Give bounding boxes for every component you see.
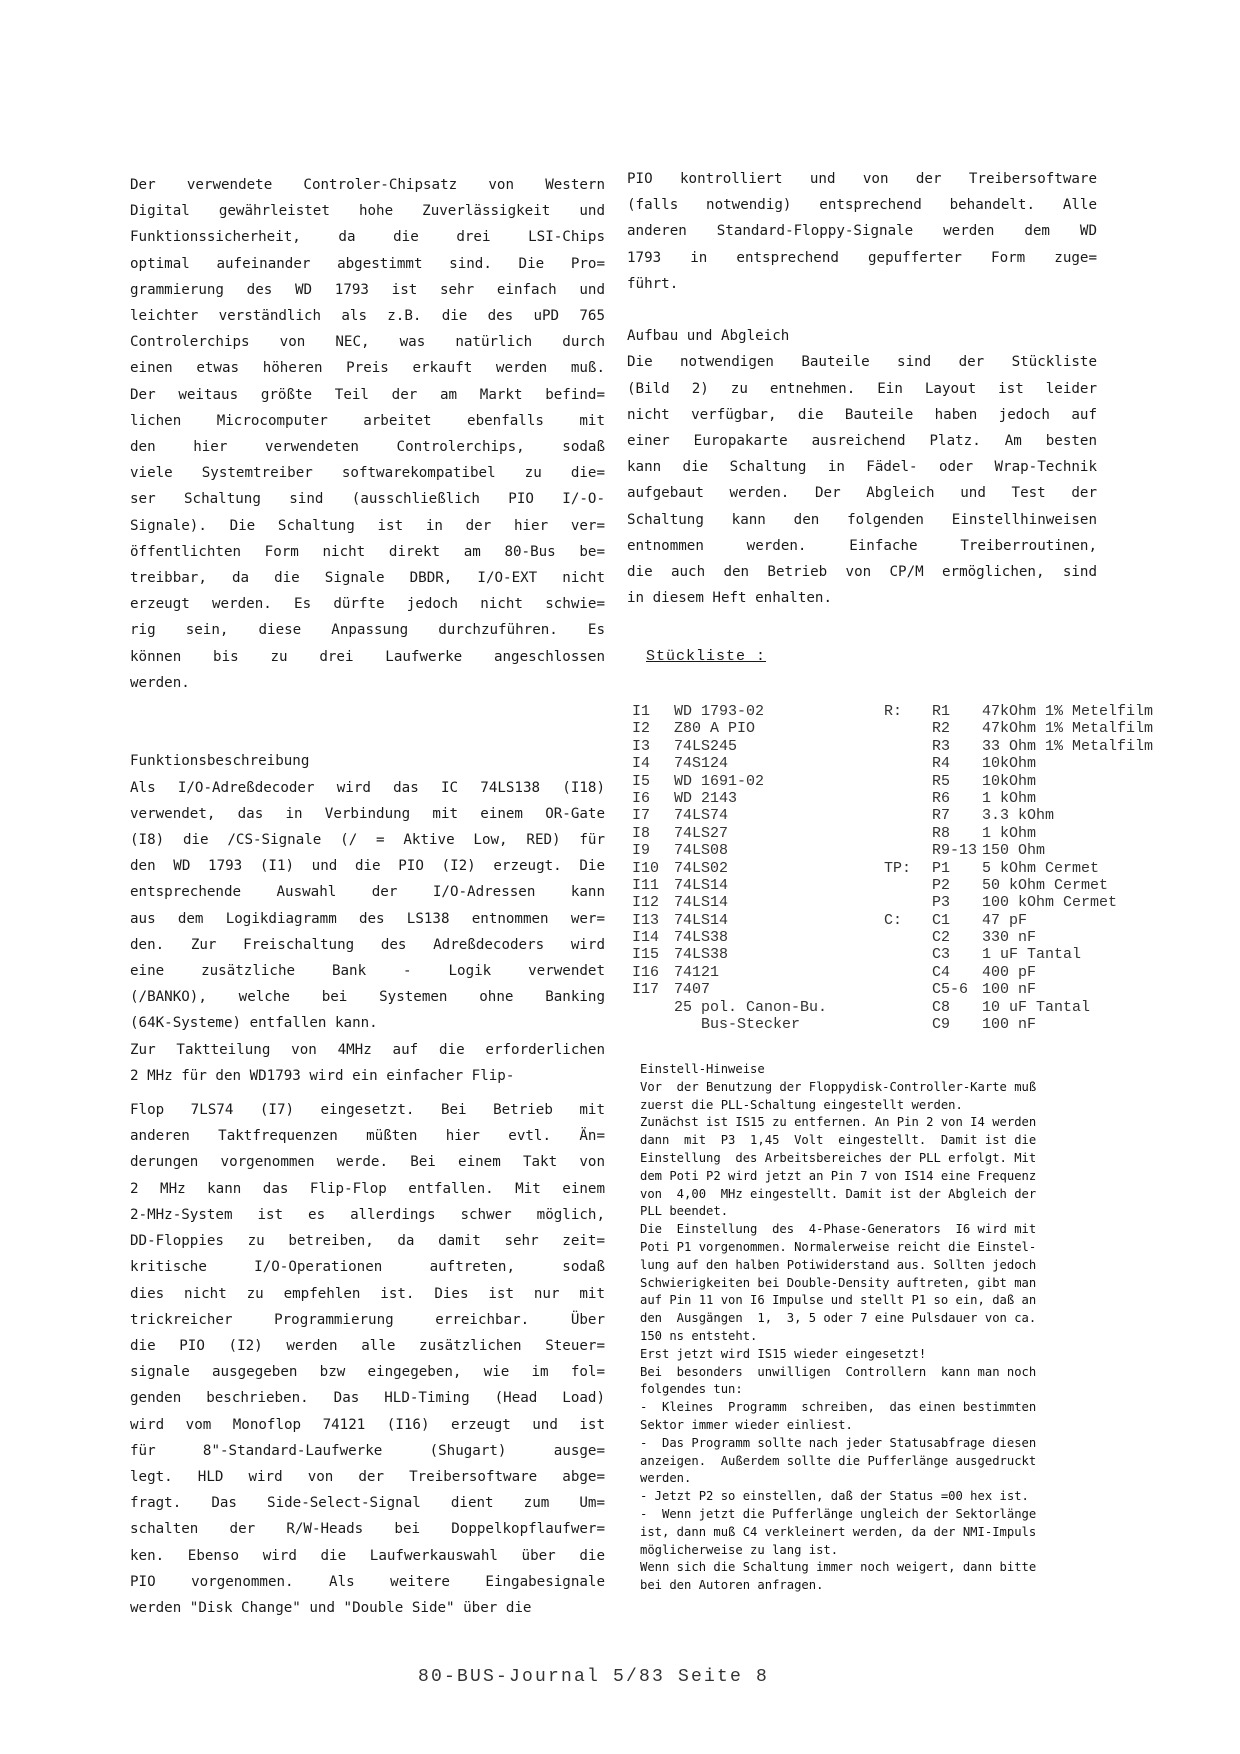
text-line: (64K-Systeme) entfallen kann. bbox=[130, 1010, 605, 1036]
parts-row: I1574LS38C31 uF Tantal bbox=[632, 946, 1240, 963]
spacer bbox=[627, 297, 1097, 323]
text-line: anzeigen. Außerdem sollte die Pufferläng… bbox=[640, 1453, 1120, 1471]
part-category bbox=[884, 964, 932, 981]
parts-row: I474S124R410kOhm bbox=[632, 755, 1240, 772]
part-id: I10 bbox=[632, 860, 674, 877]
component-id: P2 bbox=[932, 877, 982, 894]
part-value: 74LS02 bbox=[674, 860, 884, 877]
component-value: 47kOhm 1% Metalfilm bbox=[982, 720, 1240, 737]
component-value: 10kOhm bbox=[982, 755, 1240, 772]
component-value: 330 nF bbox=[982, 929, 1240, 946]
section-heading-build: Aufbau und Abgleich bbox=[627, 323, 1097, 349]
text-line: legt. HLD wird von der Treibersoftware a… bbox=[130, 1464, 605, 1490]
parts-row: I1174LS14P250 kOhm Cermet bbox=[632, 877, 1240, 894]
part-value: Bus-Stecker bbox=[674, 1016, 884, 1033]
text-line: Erst jetzt wird IS15 wieder eingesetzt! bbox=[640, 1346, 1120, 1364]
text-line: den Ausgängen 1, 3, 5 oder 7 eine Pulsda… bbox=[640, 1310, 1120, 1328]
part-id: I5 bbox=[632, 773, 674, 790]
text-line: 1793 in entsprechend gepufferter Form zu… bbox=[627, 245, 1097, 271]
text-line: signale ausgegeben bzw eingegeben, wie i… bbox=[130, 1359, 605, 1385]
text-line: dies nicht zu empfehlen ist. Dies ist nu… bbox=[130, 1281, 605, 1307]
parts-row: I374LS245R333 Ohm 1% Metalfilm bbox=[632, 738, 1240, 755]
text-line: für 8"-Standard-Laufwerke (Shugart) ausg… bbox=[130, 1438, 605, 1464]
text-line: anderen Taktfrequenzen müßten hier evtl.… bbox=[130, 1123, 605, 1149]
part-category: TP: bbox=[884, 860, 932, 877]
text-line: den hier verwendeten Controlerchips, sod… bbox=[130, 434, 605, 460]
intro-paragraph: Der verwendete Controler-Chipsatz von We… bbox=[130, 172, 605, 696]
text-line: grammierung des WD 1793 ist sehr einfach… bbox=[130, 277, 605, 303]
text-line: optimal aufeinander abgestimmt sind. Die… bbox=[130, 251, 605, 277]
part-value: 74LS08 bbox=[674, 842, 884, 859]
text-line: ken. Ebenso wird die Laufwerkauswahl übe… bbox=[130, 1543, 605, 1569]
part-category bbox=[884, 946, 932, 963]
component-value: 100 kOhm Cermet bbox=[982, 894, 1240, 911]
adjustment-hints: Einstell-Hinweise Vor der Benutzung der … bbox=[640, 1061, 1120, 1595]
text-line: einer Europakarte ausreichend Platz. Am … bbox=[627, 428, 1097, 454]
part-category bbox=[884, 877, 932, 894]
part-value: 74S124 bbox=[674, 755, 884, 772]
hints-title: Einstell-Hinweise bbox=[640, 1061, 1120, 1079]
text-line: (/BANKO), welche bei Systemen ohne Banki… bbox=[130, 984, 605, 1010]
hints-body: Vor der Benutzung der Floppydisk-Control… bbox=[640, 1079, 1120, 1595]
component-id: R9-13 bbox=[932, 842, 982, 859]
text-line: werden. bbox=[640, 1470, 1120, 1488]
text-line: - Kleines Programm schreiben, das einen … bbox=[640, 1399, 1120, 1417]
part-id: I16 bbox=[632, 964, 674, 981]
part-category bbox=[884, 825, 932, 842]
build-paragraph: Die notwendigen Bauteile sind der Stückl… bbox=[627, 349, 1097, 611]
part-category bbox=[884, 773, 932, 790]
text-line: den WD 1793 (I1) und die PIO (I2) erzeug… bbox=[130, 853, 605, 879]
part-value: 74LS74 bbox=[674, 807, 884, 824]
text-line: Digital gewährleistet hohe Zuverlässigke… bbox=[130, 198, 605, 224]
text-line: entsprechende Auswahl der I/O-Adressen k… bbox=[130, 879, 605, 905]
text-line: ist, dann muß C4 verkleinert werden, da … bbox=[640, 1524, 1120, 1542]
component-value: 150 Ohm bbox=[982, 842, 1240, 859]
parts-row: 25 pol. Canon-Bu.C810 uF Tantal bbox=[632, 999, 1240, 1016]
text-line: führt. bbox=[627, 271, 1097, 297]
text-line: kritische I/O-Operationen auftreten, sod… bbox=[130, 1254, 605, 1280]
part-id: I3 bbox=[632, 738, 674, 755]
part-id bbox=[632, 1016, 674, 1033]
text-line: Der weitaus größte Teil der am Markt bef… bbox=[130, 382, 605, 408]
part-value: 74LS27 bbox=[674, 825, 884, 842]
parts-row: I1WD 1793-02R:R147kOhm 1% Metelfilm bbox=[632, 703, 1240, 720]
part-value: 74LS245 bbox=[674, 738, 884, 755]
part-id: I11 bbox=[632, 877, 674, 894]
text-line: derungen vorgenommen werde. Bei einem Ta… bbox=[130, 1149, 605, 1175]
component-value: 5 kOhm Cermet bbox=[982, 860, 1240, 877]
component-id: P1 bbox=[932, 860, 982, 877]
left-column: Der verwendete Controler-Chipsatz von We… bbox=[130, 172, 605, 1621]
text-line: Einstellung des Arbeitsbereiches der PLL… bbox=[640, 1150, 1120, 1168]
part-category bbox=[884, 755, 932, 772]
text-line: Zur Taktteilung von 4MHz auf die erforde… bbox=[130, 1037, 605, 1063]
text-line: aufgebaut werden. Der Abgleich und Test … bbox=[627, 480, 1097, 506]
part-id: I13 bbox=[632, 912, 674, 929]
text-line: schalten der R/W-Heads bei Doppelkopflau… bbox=[130, 1516, 605, 1542]
pio-paragraph: PIO kontrolliert und von der Treibersoft… bbox=[627, 166, 1097, 297]
text-line: PLL beendet. bbox=[640, 1203, 1120, 1221]
text-line: von 4,00 MHz eingestellt. Damit ist der … bbox=[640, 1186, 1120, 1204]
part-id: I15 bbox=[632, 946, 674, 963]
part-value: 25 pol. Canon-Bu. bbox=[674, 999, 884, 1016]
part-value: 74LS14 bbox=[674, 912, 884, 929]
part-value: 74LS14 bbox=[674, 894, 884, 911]
component-id: C3 bbox=[932, 946, 982, 963]
text-line: 2 MHz für den WD1793 wird ein einfacher … bbox=[130, 1063, 605, 1089]
text-line: 2-MHz-System ist es allerdings schwer mö… bbox=[130, 1202, 605, 1228]
text-line: auf Pin 11 von I6 Impulse und stellt P1 … bbox=[640, 1292, 1120, 1310]
component-id: R7 bbox=[932, 807, 982, 824]
part-value: WD 1691-02 bbox=[674, 773, 884, 790]
text-line: dann mit P3 1,45 Volt eingestellt. Damit… bbox=[640, 1132, 1120, 1150]
text-line: erzeugt werden. Es dürfte jedoch nicht s… bbox=[130, 591, 605, 617]
parts-row: I874LS27R81 kOhm bbox=[632, 825, 1240, 842]
parts-row: I1374LS14C:C147 pF bbox=[632, 912, 1240, 929]
part-id: I12 bbox=[632, 894, 674, 911]
text-line: können bis zu drei Laufwerke angeschloss… bbox=[130, 644, 605, 670]
component-id: C4 bbox=[932, 964, 982, 981]
component-id: R4 bbox=[932, 755, 982, 772]
text-line: - Wenn jetzt die Pufferlänge ungleich de… bbox=[640, 1506, 1120, 1524]
component-value: 100 nF bbox=[982, 1016, 1240, 1033]
component-id: R2 bbox=[932, 720, 982, 737]
text-line: Flop 7LS74 (I7) eingesetzt. Bei Betrieb … bbox=[130, 1097, 605, 1123]
part-category bbox=[884, 738, 932, 755]
part-value: WD 1793-02 bbox=[674, 703, 884, 720]
component-value: 1 kOhm bbox=[982, 825, 1240, 842]
part-value: 74LS14 bbox=[674, 877, 884, 894]
text-line: Signale). Die Schaltung ist in der hier … bbox=[130, 513, 605, 539]
parts-row: I1074LS02TP:P15 kOhm Cermet bbox=[632, 860, 1240, 877]
component-value: 50 kOhm Cermet bbox=[982, 877, 1240, 894]
text-line: Die notwendigen Bauteile sind der Stückl… bbox=[627, 349, 1097, 375]
text-line: genden beschrieben. Das HLD-Timing (Head… bbox=[130, 1385, 605, 1411]
parts-row: I2Z80 A PIOR247kOhm 1% Metalfilm bbox=[632, 720, 1240, 737]
text-line: fragt. Das Side-Select-Signal dient zum … bbox=[130, 1490, 605, 1516]
clock-paragraph-continued: Flop 7LS74 (I7) eingesetzt. Bei Betrieb … bbox=[130, 1097, 605, 1621]
text-line: - Jetzt P2 so einstellen, daß der Status… bbox=[640, 1488, 1120, 1506]
parts-list-table: I1WD 1793-02R:R147kOhm 1% MetelfilmI2Z80… bbox=[632, 703, 1240, 1033]
component-id: R3 bbox=[932, 738, 982, 755]
text-line: die auch den Betrieb von CP/M ermögliche… bbox=[627, 559, 1097, 585]
part-value: 74121 bbox=[674, 964, 884, 981]
part-id: I9 bbox=[632, 842, 674, 859]
text-line: Controlerchips von NEC, was natürlich du… bbox=[130, 329, 605, 355]
component-id: R6 bbox=[932, 790, 982, 807]
text-line: viele Systemtreiber softwarekompatibel z… bbox=[130, 460, 605, 486]
text-line: öffentlichten Form nicht direkt am 80-Bu… bbox=[130, 539, 605, 565]
part-category: R: bbox=[884, 703, 932, 720]
component-value: 10 uF Tantal bbox=[982, 999, 1240, 1016]
text-line: (I8) die /CS-Signale (/ = Aktive Low, RE… bbox=[130, 827, 605, 853]
text-line: PIO vorgenommen. Als weitere Eingabesign… bbox=[130, 1569, 605, 1595]
text-line: kann die Schaltung in Fädel- oder Wrap-T… bbox=[627, 454, 1097, 480]
text-line: Sektor immer wieder einliest. bbox=[640, 1417, 1120, 1435]
text-line: möglicherweise zu lang ist. bbox=[640, 1542, 1120, 1560]
parts-row: I974LS08R9-13150 Ohm bbox=[632, 842, 1240, 859]
text-line: entnommen werden. Einfache Treiberroutin… bbox=[627, 533, 1097, 559]
parts-row: I1474LS38C2330 nF bbox=[632, 929, 1240, 946]
component-value: 10kOhm bbox=[982, 773, 1240, 790]
part-category bbox=[884, 929, 932, 946]
part-category bbox=[884, 720, 932, 737]
text-line: nicht verfügbar, die Bauteile haben jedo… bbox=[627, 402, 1097, 428]
text-line: Als I/O-Adreßdecoder wird das IC 74LS138… bbox=[130, 775, 605, 801]
spacer bbox=[130, 696, 605, 722]
text-line: bei den Autoren anfragen. bbox=[640, 1577, 1120, 1595]
component-id: C8 bbox=[932, 999, 982, 1016]
parts-row: I774LS74R73.3 kOhm bbox=[632, 807, 1240, 824]
component-id: C9 bbox=[932, 1016, 982, 1033]
text-line: werden "Disk Change" und "Double Side" ü… bbox=[130, 1595, 605, 1621]
parts-row: Bus-SteckerC9100 nF bbox=[632, 1016, 1240, 1033]
component-value: 3.3 kOhm bbox=[982, 807, 1240, 824]
component-id: C5-6 bbox=[932, 981, 982, 998]
component-value: 47 pF bbox=[982, 912, 1240, 929]
parts-row: I1274LS14P3100 kOhm Cermet bbox=[632, 894, 1240, 911]
text-line: Funktionssicherheit, da die drei LSI-Chi… bbox=[130, 224, 605, 250]
component-id: P3 bbox=[932, 894, 982, 911]
text-line: werden. bbox=[130, 670, 605, 696]
text-line: die PIO (I2) werden alle zusätzlichen St… bbox=[130, 1333, 605, 1359]
text-line: Wenn sich die Schaltung immer noch weige… bbox=[640, 1559, 1120, 1577]
clock-paragraph: Zur Taktteilung von 4MHz auf die erforde… bbox=[130, 1037, 605, 1089]
text-line: aus dem Logikdiagramm des LS138 entnomme… bbox=[130, 906, 605, 932]
text-line: Schaltung kann den folgenden Einstellhin… bbox=[627, 507, 1097, 533]
part-id: I1 bbox=[632, 703, 674, 720]
part-value: 74LS38 bbox=[674, 946, 884, 963]
text-line: den. Zur Freischaltung des Adreßdecoders… bbox=[130, 932, 605, 958]
component-value: 100 nF bbox=[982, 981, 1240, 998]
text-line: einen etwas höheren Preis erkauft werden… bbox=[130, 355, 605, 381]
text-line: PIO kontrolliert und von der Treibersoft… bbox=[627, 166, 1097, 192]
part-id bbox=[632, 999, 674, 1016]
text-line: Schwierigkeiten bei Double-Density auftr… bbox=[640, 1275, 1120, 1293]
component-value: 47kOhm 1% Metelfilm bbox=[982, 703, 1240, 720]
text-line: ser Schaltung sind (ausschließlich PIO I… bbox=[130, 486, 605, 512]
part-id: I6 bbox=[632, 790, 674, 807]
text-line: 2 MHz kann das Flip-Flop entfallen. Mit … bbox=[130, 1176, 605, 1202]
component-id: R1 bbox=[932, 703, 982, 720]
component-id: C1 bbox=[932, 912, 982, 929]
text-line: DD-Floppies zu betreiben, da damit sehr … bbox=[130, 1228, 605, 1254]
page-footer: 80-BUS-Journal 5/83 Seite 8 bbox=[418, 1667, 769, 1687]
text-line: verwendet, das in Verbindung mit einem O… bbox=[130, 801, 605, 827]
text-line: eine zusätzliche Bank - Logik verwendet bbox=[130, 958, 605, 984]
parts-list-title: Stückliste : bbox=[646, 648, 766, 665]
text-line: wird vom Monoflop 74121 (I16) erzeugt un… bbox=[130, 1412, 605, 1438]
section-heading-function: Funktionsbeschreibung bbox=[130, 748, 605, 774]
text-line: Der verwendete Controler-Chipsatz von We… bbox=[130, 172, 605, 198]
part-value: Z80 A PIO bbox=[674, 720, 884, 737]
parts-row: I6WD 2143R61 kOhm bbox=[632, 790, 1240, 807]
part-id: I7 bbox=[632, 807, 674, 824]
part-value: 74LS38 bbox=[674, 929, 884, 946]
part-id: I2 bbox=[632, 720, 674, 737]
component-value: 1 uF Tantal bbox=[982, 946, 1240, 963]
text-line: leichter verständlich als z.B. die des u… bbox=[130, 303, 605, 329]
component-value: 400 pF bbox=[982, 964, 1240, 981]
text-line: dem Poti P2 wird jetzt an Pin 7 von IS14… bbox=[640, 1168, 1120, 1186]
text-line: folgendes tun: bbox=[640, 1381, 1120, 1399]
parts-row: I177407C5-6100 nF bbox=[632, 981, 1240, 998]
function-paragraph: Als I/O-Adreßdecoder wird das IC 74LS138… bbox=[130, 775, 605, 1037]
part-category: C: bbox=[884, 912, 932, 929]
text-line: anderen Standard-Floppy-Signale werden d… bbox=[627, 218, 1097, 244]
part-value: WD 2143 bbox=[674, 790, 884, 807]
component-value: 1 kOhm bbox=[982, 790, 1240, 807]
part-category bbox=[884, 790, 932, 807]
text-line: 150 ns entsteht. bbox=[640, 1328, 1120, 1346]
text-line: trickreicher Programmierung erreichbar. … bbox=[130, 1307, 605, 1333]
text-line: rig sein, diese Anpassung durchzuführen.… bbox=[130, 617, 605, 643]
text-line: Poti P1 vorgenommen. Normalerweise reich… bbox=[640, 1239, 1120, 1257]
component-id: C2 bbox=[932, 929, 982, 946]
part-category bbox=[884, 1016, 932, 1033]
spacer bbox=[130, 722, 605, 748]
text-line: lung auf den halben Potiwiderstand aus. … bbox=[640, 1257, 1120, 1275]
part-id: I17 bbox=[632, 981, 674, 998]
text-line: Bei besonders unwilligen Controllern kan… bbox=[640, 1364, 1120, 1382]
part-category bbox=[884, 894, 932, 911]
text-line: Zunächst ist IS15 zu entfernen. An Pin 2… bbox=[640, 1114, 1120, 1132]
text-line: Vor der Benutzung der Floppydisk-Control… bbox=[640, 1079, 1120, 1097]
part-category bbox=[884, 842, 932, 859]
text-line: (falls notwendig) entsprechend behandelt… bbox=[627, 192, 1097, 218]
part-value: 7407 bbox=[674, 981, 884, 998]
text-line: - Das Programm sollte nach jeder Statusa… bbox=[640, 1435, 1120, 1453]
text-line: treibbar, da die Signale DBDR, I/O-EXT n… bbox=[130, 565, 605, 591]
part-id: I4 bbox=[632, 755, 674, 772]
parts-row: I1674121C4400 pF bbox=[632, 964, 1240, 981]
text-line: Die Einstellung des 4-Phase-Generators I… bbox=[640, 1221, 1120, 1239]
right-column: PIO kontrolliert und von der Treibersoft… bbox=[627, 166, 1097, 611]
text-line: (Bild 2) zu entnehmen. Ein Layout ist le… bbox=[627, 376, 1097, 402]
part-category bbox=[884, 807, 932, 824]
text-line: in diesem Heft enhalten. bbox=[627, 585, 1097, 611]
text-line: zuerst die PLL-Schaltung eingestellt wer… bbox=[640, 1097, 1120, 1115]
component-id: R5 bbox=[932, 773, 982, 790]
part-category bbox=[884, 999, 932, 1016]
spacer bbox=[130, 1089, 605, 1097]
text-line: lichen Microcomputer arbeitet ebenfalls … bbox=[130, 408, 605, 434]
component-value: 33 Ohm 1% Metalfilm bbox=[982, 738, 1240, 755]
part-category bbox=[884, 981, 932, 998]
component-id: R8 bbox=[932, 825, 982, 842]
part-id: I8 bbox=[632, 825, 674, 842]
parts-row: I5WD 1691-02R510kOhm bbox=[632, 773, 1240, 790]
part-id: I14 bbox=[632, 929, 674, 946]
